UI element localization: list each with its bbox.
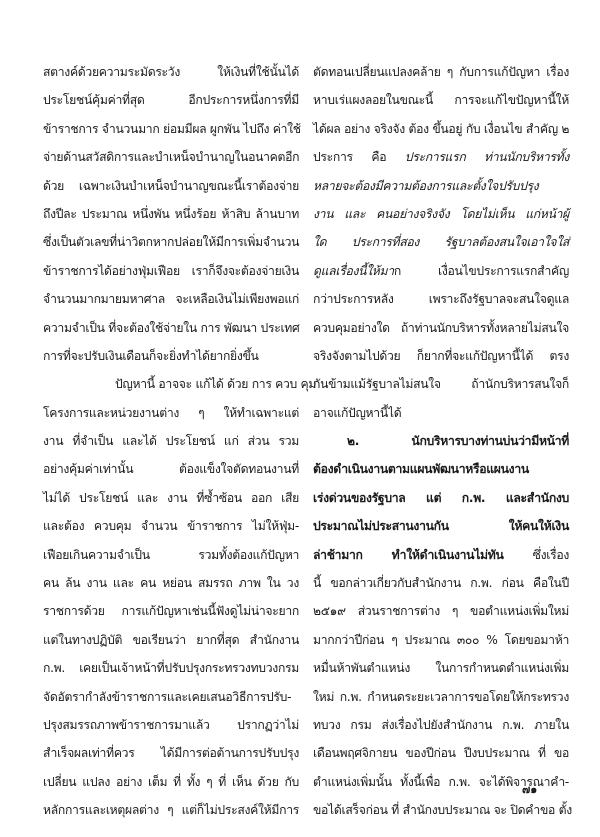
text-line: ตัดทอนเปลี่ยนแปลงคล้าย ๆ กับการแก้ปัญหา …: [313, 58, 569, 86]
text-line: ขอได้เสร็จก่อน ที่ สำนักงบประมาณ จะ ปิดค…: [313, 796, 569, 824]
text-line: ข้าราชการได้อย่างฟุ่มเฟือย เราก็จึงจะต้อ…: [43, 257, 299, 285]
text-line: ต้องดำเนินงานตามแผนพัฒนาหรือแผนงาน: [313, 455, 569, 483]
text-line: ทบวง กรม ส่งเรื่องไปยังสำนักงาน ก.พ. ภาย…: [313, 711, 569, 739]
text-line: ถึงปีละ ประมาณ หนึ่งพัน หนึ่งร้อย ห้าสิบ…: [43, 200, 299, 228]
text-line: อาจแก้ปัญหานี้ได้: [313, 399, 569, 427]
text-line: เดือนพฤศจิกายน ของปีก่อน ปีงบประมาณ ที่ …: [313, 739, 569, 767]
text-line: นี้ ขอกล่าวเกี่ยวกับสำนักงาน ก.พ. ก่อน ค…: [313, 569, 569, 597]
text-line: ด้วย เฉพาะเงินบำเหน็จบำนาญขณะนี้เราต้องจ…: [43, 172, 299, 200]
text-line: ปัญหานี้ อาจจะ แก้ได้ ด้วย การ ควบ คุม: [43, 370, 299, 398]
text-line: จำนวนมากมายมหาศาล จะเหลือเงินไม่เพียงพอแ…: [43, 285, 299, 313]
text-line: ได้ผล อย่าง จริงจัง ต้อง ขึ้นอยู่ กับ เง…: [313, 115, 569, 143]
text-line: ความจำเป็น ที่จะต้องใช้จ่ายใน การ พัฒนา …: [43, 314, 299, 342]
right-column: ตัดทอนเปลี่ยนแปลงคล้าย ๆ กับการแก้ปัญหา …: [313, 58, 569, 825]
text-line: ไม่ได้ ประโยชน์ และ งาน ที่ซ้ำซ้อน ออก เ…: [43, 484, 299, 512]
text-line: ๒. นักบริหารบางท่านบ่นว่ามีหน้าที่: [313, 427, 569, 455]
text-line: กว่าประการหลัง เพราะถึงรัฐบาลจะสนใจดูแล: [313, 285, 569, 313]
text-line: ก.พ. เคยเป็นเจ้าหน้าที่ปรับปรุงกระทรวงทบ…: [43, 654, 299, 682]
text-line: ราชการด้วย การแก้ปัญหาเช่นนี้ฟังดูไม่น่า…: [43, 597, 299, 625]
text-line: จัดอัตรากำลังข้าราชการและเคยเสนอวิธีการป…: [43, 683, 299, 711]
text-line: สตางค์ด้วยความระมัดระวัง ให้เงินที่ใช้นั…: [43, 58, 299, 86]
text-line: เฟือยเกินความจำเป็น รวมทั้งต้องแก้ปัญหา: [43, 541, 299, 569]
text-line: สำเร็จผลเท่าที่ควร ได้มีการต่อต้านการปรั…: [43, 739, 299, 767]
text-line: ๒๕๑๙ ส่วนราชการต่าง ๆ ขอตำแหน่งเพิ่มใหม่: [313, 597, 569, 625]
text-line: หมื่นห้าพันตำแหน่ง ในการกำหนดตำแหน่งเพิ่…: [313, 654, 569, 682]
text-line: ประโยชน์คุ้มค่าที่สุด อีกประการหนึ่งการท…: [43, 86, 299, 114]
text-line: จ่ายด้านสวัสดิการและบำเหน็จบำนาญในอนาคตอ…: [43, 143, 299, 171]
text-line: จริงจังตามไปด้วย ก็ยากที่จะแก้ปัญหานี้ได…: [313, 342, 569, 370]
text-line: เร่งด่วนของรัฐบาล แต่ ก.พ. และสำนักงบ: [313, 484, 569, 512]
document-page: สตางค์ด้วยความระมัดระวัง ให้เงินที่ใช้นั…: [0, 0, 600, 837]
text-line: ซึ่งเป็นตัวเลขที่น่าวิตกหากปล่อยให้มีการ…: [43, 228, 299, 256]
text-line: ใหม่ ก.พ. กำหนดระยะเวลาการขอโดยให้กระทรว…: [313, 683, 569, 711]
text-line: อย่างคุ้มค่าเท่านั้น ต้องแข็งใจตัดทอนงาน…: [43, 455, 299, 483]
text-line: หลายจะต้องมีความต้องการและตั้งใจปรับปรุง: [313, 172, 569, 200]
text-line: การที่จะปรับเงินเดือนก็จะยิ่งทำได้ยากยิ่…: [43, 342, 299, 370]
text-line: หาบเร่แผงลอยในขณะนี้ การจะแก้ไขปัญหานี้ใ…: [313, 86, 569, 114]
text-line: ประมาณไม่ประสานงานกัน ให้คนให้เงิน: [313, 512, 569, 540]
text-line: ควบคุมอย่างใด ถ้าท่านนักบริหารทั้งหลายไม…: [313, 314, 569, 342]
text-line: แต่ในทางปฏิบัติ ขอเรียนว่า ยากที่สุด สำน…: [43, 626, 299, 654]
text-line: คน ล้น งาน และ คน หย่อน สมรรถ ภาพ ใน วง: [43, 569, 299, 597]
text-line: ปรุงสมรรถภาพข้าราชการมาแล้ว ปรากฏว่าไม่: [43, 711, 299, 739]
text-line: งาน และ คนอย่างจริงจัง โดยไม่เห็น แก่หน้…: [313, 200, 569, 228]
text-line: เปลี่ยน แปลง อย่าง เต็ม ที่ ทั้ง ๆ ที่ เ…: [43, 768, 299, 796]
text-line: และต้อง ควบคุม จำนวน ข้าราชการ ไม่ให้ฟุ่…: [43, 512, 299, 540]
text-line: โครงการและหน่วยงานต่าง ๆ ให้ทำเฉพาะแต่: [43, 399, 299, 427]
left-column: สตางค์ด้วยความระมัดระวัง ให้เงินที่ใช้นั…: [43, 58, 299, 825]
text-line: กันข้ามแม้รัฐบาลไม่สนใจ ถ้านักบริหารสนใจ…: [313, 370, 569, 398]
text-line: ข้าราชการ จำนวนมาก ย่อมมีผล ผูกพัน ไปถึง…: [43, 115, 299, 143]
page-number: ๗๑: [522, 780, 537, 798]
text-line: ใด ประการที่สอง รัฐบาลต้องสนใจเอาใจใส่: [313, 228, 569, 256]
text-line: ล่าช้ามาก ทำให้ดำเนินงานไม่ทัน ซึ่งเรื่อ…: [313, 541, 569, 569]
text-line: งาน ที่จำเป็น และได้ ประโยชน์ แก่ ส่วน ร…: [43, 427, 299, 455]
text-line: หลักการและเหตุผลต่าง ๆ แต่ก็ไม่ประสงค์ให…: [43, 796, 299, 824]
text-line: ประการ คือ ประการแรก ท่านนักบริหารทั้ง: [313, 143, 569, 171]
text-line: ดูแลเรื่องนี้ให้มาก เงื่อนไขประการแรกสำค…: [313, 257, 569, 285]
text-line: มากกว่าปีก่อน ๆ ประมาณ ๓๐๐ % โดยขอมาห้า: [313, 626, 569, 654]
